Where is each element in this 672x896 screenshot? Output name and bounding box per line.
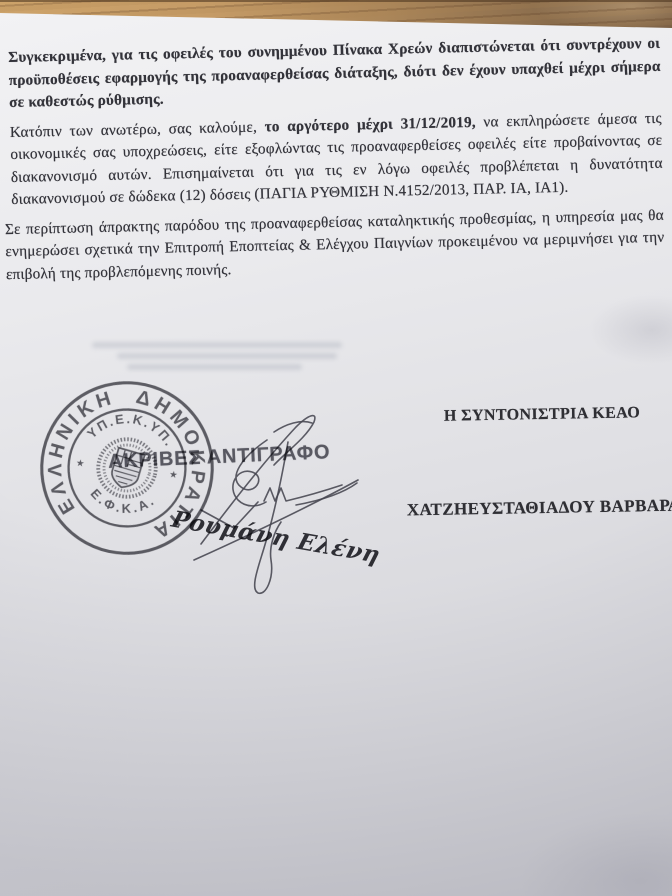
bleed-through-text xyxy=(92,342,342,375)
bleed-row xyxy=(92,342,342,348)
paragraph-3: Σε περίπτωση άπρακτης παρόδου της προανα… xyxy=(5,204,665,286)
paragraph-1: Συγκεκριμένα, για τις οφειλές του συνημμ… xyxy=(8,33,661,115)
seal-star-left: ★ xyxy=(75,458,85,470)
paragraph-1-text: Συγκεκριμένα, για τις οφειλές του συνημμ… xyxy=(8,35,661,111)
bleed-row xyxy=(117,353,337,359)
paragraph-3-text: Σε περίπτωση άπρακτης παρόδου της προανα… xyxy=(5,206,665,282)
deadline-bold-text: το αργότερο μέχρι 31/12/2019, xyxy=(264,113,476,135)
body-text: Συγκεκριμένα, για τις οφειλές του συνημμ… xyxy=(8,33,665,293)
bleed-row xyxy=(127,364,302,370)
paragraph-2-pre: Κατόπιν των ανωτέρω, σας καλούμε, xyxy=(10,118,265,141)
paragraph-2: Κατόπιν των ανωτέρω, σας καλούμε, το αργ… xyxy=(10,107,664,211)
document-photo: Συγκεκριμένα, για τις οφειλές του συνημμ… xyxy=(0,0,672,896)
signature-stroke xyxy=(264,485,342,501)
